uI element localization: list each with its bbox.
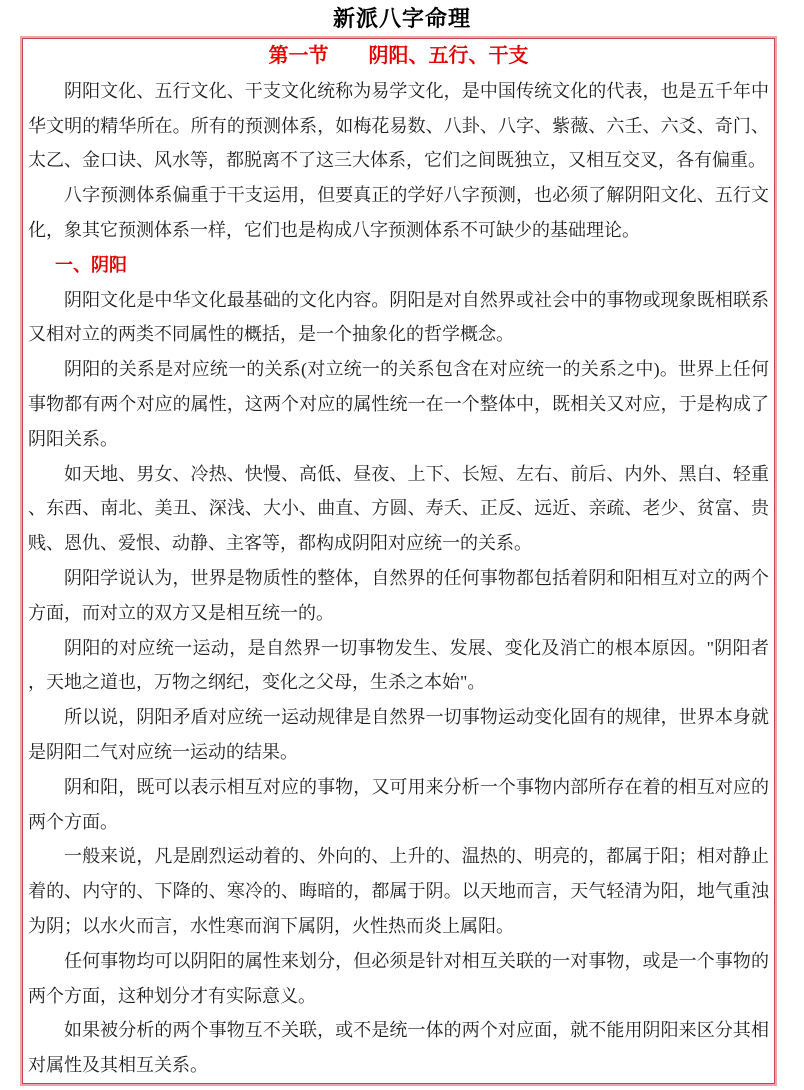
document-page: 新派八字命理 第一节 阴阳、五行、干支 阴阳文化、五行文化、干支文化统称为易学文… [0,0,804,1084]
paragraph-intro-1: 阴阳文化、五行文化、干支文化统称为易学文化，是中国传统文化的代表，也是五千年中华… [28,74,769,178]
paragraph-yinyang-9: 任何事物均可以阴阳的属性来划分，但必须是针对相互关联的一对事物，或是一个事物的两… [28,944,769,1014]
section-heading: 第一节 阴阳、五行、干支 [28,39,769,74]
document-title: 新派八字命理 [0,0,804,34]
paragraph-yinyang-10: 如果被分析的两个事物互不关联，或不是统一体的两个对应面，就不能用阴阳来区分其相对… [28,1013,769,1083]
paragraph-yinyang-7: 阴和阳，既可以表示相互对应的事物，又可用来分析一个事物内部所存在着的相互对应的两… [28,770,769,840]
paragraph-yinyang-5: 阴阳的对应统一运动，是自然界一切事物发生、发展、变化及消亡的根本原因。"阴阳者，… [28,631,769,701]
content-border-box: 第一节 阴阳、五行、干支 阴阳文化、五行文化、干支文化统称为易学文化，是中国传统… [22,38,775,1084]
paragraph-intro-2: 八字预测体系偏重于干支运用，但要真正的学好八字预测，也必须了解阴阳文化、五行文化… [28,178,769,248]
paragraph-yinyang-4: 阴阳学说认为，世界是物质性的整体，自然界的任何事物都包括着阴和阳相互对立的两个方… [28,561,769,631]
paragraph-yinyang-3: 如天地、男女、冷热、快慢、高低、昼夜、上下、长短、左右、前后、内外、黑白、轻重、… [28,457,769,561]
paragraph-yinyang-6: 所以说，阴阳矛盾对应统一运动规律是自然界一切事物运动变化固有的规律，世界本身就是… [28,700,769,770]
paragraph-yinyang-8: 一般来说，凡是剧烈运动着的、外向的、上升的、温热的、明亮的，都属于阳；相对静止着… [28,839,769,943]
paragraph-yinyang-2: 阴阳的关系是对应统一的关系(对立统一的关系包含在对应统一的关系之中)。世界上任何… [28,352,769,456]
subsection-heading-yinyang: 一、阴阳 [28,248,769,283]
paragraph-yinyang-1: 阴阳文化是中华文化最基础的文化内容。阴阳是对自然界或社会中的事物或现象既相联系又… [28,283,769,353]
